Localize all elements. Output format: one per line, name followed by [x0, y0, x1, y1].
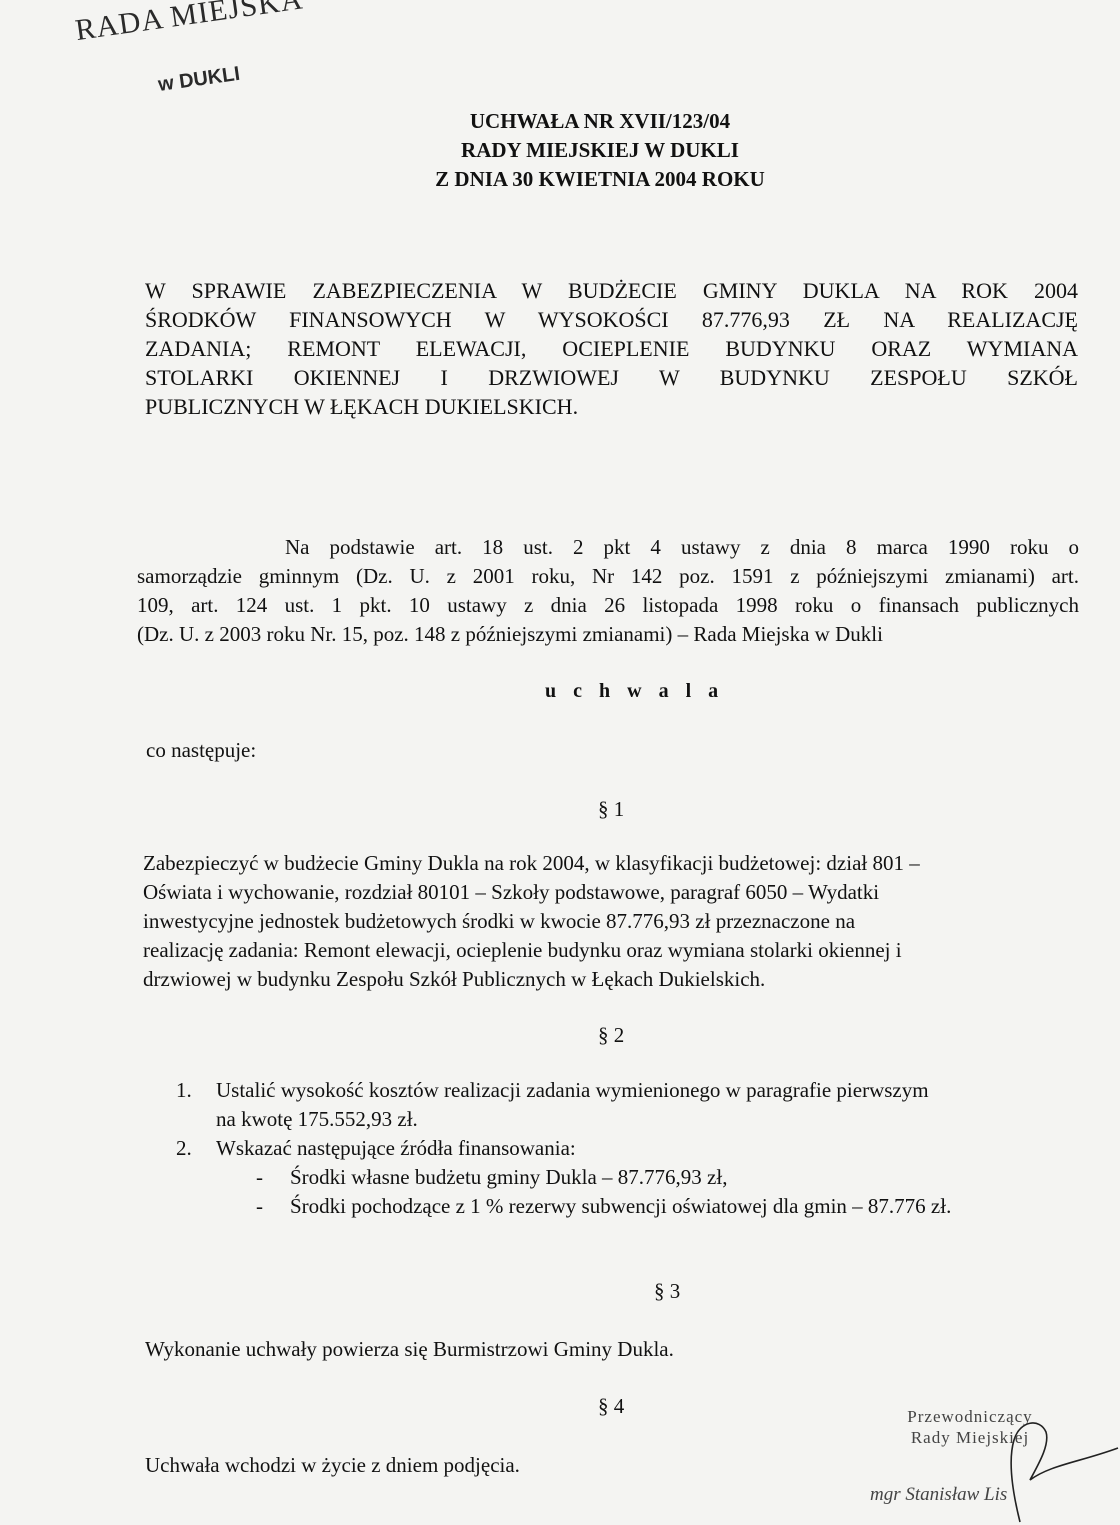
list-number: 2.: [176, 1134, 216, 1163]
basis-line: (Dz. U. z 2003 roku Nr. 15, poz. 148 z p…: [137, 620, 1079, 649]
as-follows: co następuje:: [146, 738, 256, 763]
section-1-line: drzwiowej w budynku Zespołu Szkół Public…: [143, 965, 1073, 994]
section-1-line: Zabezpieczyć w budżecie Gminy Dukla na r…: [143, 849, 1073, 878]
list-item-1: 1.Ustalić wysokość kosztów realizacji za…: [176, 1076, 951, 1105]
document-page: RADA MIEJSKA w DUKLI UCHWAŁA NR XVII/123…: [0, 0, 1120, 1525]
stamp-line1: RADA MIEJSKA: [73, 0, 305, 48]
legal-basis: Na podstawie art. 18 ust. 2 pkt 4 ustawy…: [137, 533, 1079, 649]
subject-line: ZADANIA; REMONT ELEWACJI, OCIEPLENIE BUD…: [145, 334, 1078, 363]
subject-line: STOLARKI OKIENNEJ I DRZWIOWEJ W BUDYNKU …: [145, 363, 1078, 392]
list-number: 1.: [176, 1076, 216, 1105]
document-title: UCHWAŁA NR XVII/123/04 RADY MIEJSKIEJ W …: [330, 107, 870, 194]
subject-line: PUBLICZNYCH W ŁĘKACH DUKIELSKICH.: [145, 392, 1078, 421]
section-1-line: inwestycyjne jednostek budżetowych środk…: [143, 907, 1073, 936]
section-1-line: realizację zadania: Remont elewacji, oci…: [143, 936, 1073, 965]
section-1-line: Oświata i wychowanie, rozdział 80101 – S…: [143, 878, 1073, 907]
resolves-heading: u c h w a l a: [545, 680, 724, 703]
section-mark-2: § 2: [598, 1023, 624, 1048]
handwritten-signature-icon: [990, 1410, 1120, 1525]
signature-name: mgr Stanisław Lis: [870, 1484, 1007, 1506]
basis-line: 109, art. 124 ust. 1 pkt. 10 ustawy z dn…: [137, 591, 1079, 620]
section-4-text: Uchwała wchodzi w życie z dniem podjęcia…: [145, 1453, 520, 1478]
section-1-body: Zabezpieczyć w budżecie Gminy Dukla na r…: [143, 849, 1073, 994]
sub-item-text: Środki pochodzące z 1 % rezerwy subwencj…: [290, 1194, 951, 1218]
list-text: Ustalić wysokość kosztów realizacji zada…: [216, 1078, 929, 1102]
sub-item: -Środki własne budżetu gminy Dukla – 87.…: [176, 1163, 951, 1192]
section-mark-4: § 4: [598, 1394, 624, 1419]
dash-bullet: -: [256, 1163, 290, 1192]
title-line2: RADY MIEJSKIEJ W DUKLI: [330, 136, 870, 165]
sub-item-text: Środki własne budżetu gminy Dukla – 87.7…: [290, 1165, 727, 1189]
subject-line: W SPRAWIE ZABEZPIECZENIA W BUDŻECIE GMIN…: [145, 276, 1078, 305]
basis-line: samorządzie gminnym (Dz. U. z 2001 roku,…: [137, 562, 1079, 591]
title-line1: UCHWAŁA NR XVII/123/04: [330, 107, 870, 136]
section-mark-3: § 3: [654, 1279, 680, 1304]
title-line3: Z DNIA 30 KWIETNIA 2004 ROKU: [330, 165, 870, 194]
subject-line: ŚRODKÓW FINANSOWYCH W WYSOKOŚCI 87.776,9…: [145, 305, 1078, 334]
dash-bullet: -: [256, 1192, 290, 1221]
basis-line: Na podstawie art. 18 ust. 2 pkt 4 ustawy…: [137, 533, 1079, 562]
subject-block: W SPRAWIE ZABEZPIECZENIA W BUDŻECIE GMIN…: [145, 276, 1078, 421]
section-2-list: 1.Ustalić wysokość kosztów realizacji za…: [176, 1076, 951, 1221]
list-text: Wskazać następujące źródła finansowania:: [216, 1136, 576, 1160]
list-item-2: 2.Wskazać następujące źródła finansowani…: [176, 1134, 951, 1163]
stamp-line2: w DUKLI: [157, 63, 242, 97]
section-mark-1: § 1: [598, 797, 624, 822]
list-text-cont: na kwotę 175.552,93 zł.: [176, 1105, 951, 1134]
sub-item: -Środki pochodzące z 1 % rezerwy subwenc…: [176, 1192, 951, 1221]
section-3-text: Wykonanie uchwały powierza się Burmistrz…: [145, 1337, 674, 1362]
